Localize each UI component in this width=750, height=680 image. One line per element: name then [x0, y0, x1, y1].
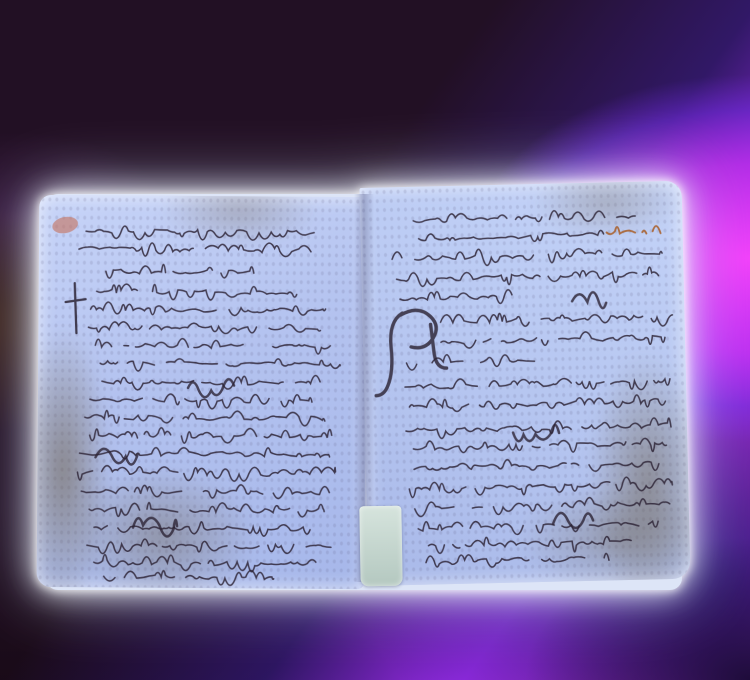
- script-line: [428, 534, 640, 555]
- script-line: [106, 264, 254, 279]
- script-line: [426, 552, 609, 569]
- spine-repair-tab: [359, 506, 402, 587]
- script-line: [81, 484, 329, 499]
- script-line: [100, 358, 340, 373]
- right-page-handwritten-script: [359, 181, 690, 586]
- script-flourish: [572, 292, 606, 309]
- script-line: [104, 569, 274, 585]
- script-line: [88, 322, 320, 335]
- large-initial-letter: [374, 310, 447, 396]
- script-line: [77, 465, 335, 481]
- script-line: [90, 427, 332, 444]
- script-line: [396, 267, 658, 287]
- uv-photograph: [0, 0, 750, 680]
- script-line: [419, 230, 604, 244]
- script-line: [392, 245, 662, 267]
- manuscript-book: [38, 186, 690, 594]
- script-line: [85, 410, 325, 426]
- script-line: [409, 476, 672, 497]
- script-line: [95, 338, 330, 354]
- script-line: [400, 290, 512, 306]
- script-line: [415, 496, 670, 517]
- script-line: [405, 374, 670, 395]
- script-line: [440, 310, 672, 331]
- script-line: [86, 226, 314, 241]
- script-line: [94, 554, 316, 572]
- manuscript-left-page: [37, 195, 368, 589]
- red-pigment-blot: [51, 215, 80, 236]
- script-line: [414, 456, 659, 476]
- script-line: [418, 516, 658, 536]
- script-line: [80, 447, 330, 461]
- manuscript-right-page: [359, 181, 690, 586]
- script-line: [606, 226, 660, 235]
- script-line: [441, 330, 665, 349]
- script-line: [89, 502, 324, 518]
- margin-cross-mark: [65, 283, 85, 333]
- script-line: [79, 242, 311, 257]
- script-line: [409, 394, 665, 413]
- script-line: [406, 353, 534, 370]
- script-flourish: [188, 379, 234, 398]
- script-line: [97, 284, 297, 301]
- script-line: [413, 209, 635, 225]
- script-line: [87, 539, 331, 555]
- script-line: [91, 302, 326, 316]
- script-line: [94, 521, 310, 536]
- script-flourish: [553, 512, 593, 528]
- left-page-handwritten-script: [37, 195, 368, 589]
